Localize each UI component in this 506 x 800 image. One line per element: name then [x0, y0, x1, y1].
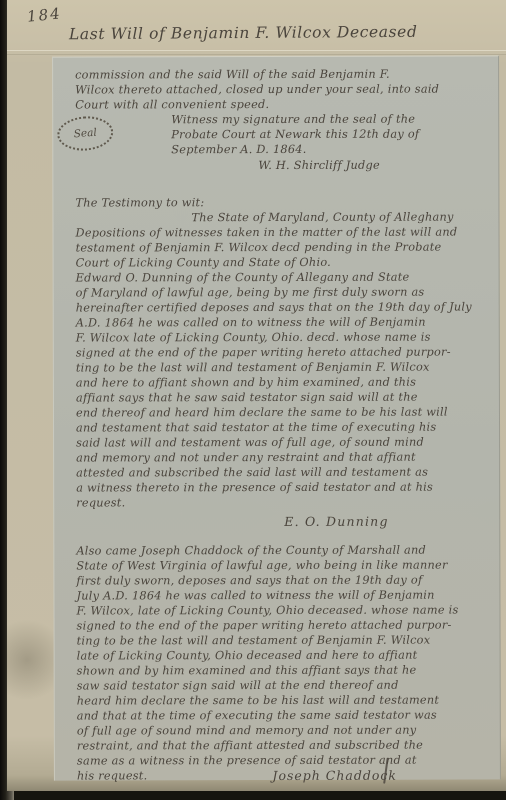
- text-line: F. Wilcox late of Licking County, Ohio. …: [76, 329, 493, 345]
- chaddock-signature: Joseph Chaddock: [272, 768, 397, 783]
- text-line: Court of Licking County and State of Ohi…: [76, 254, 493, 270]
- text-line: shown and by him examined and this affia…: [77, 662, 494, 678]
- text-line: and memory and not under any restraint a…: [76, 449, 493, 465]
- text-line: Also came Joseph Chaddock of the County …: [76, 542, 493, 558]
- chaddock-final-row: his request. Joseph Chaddock: [55, 767, 500, 783]
- text-line: end thereof and heard him declare the sa…: [76, 404, 493, 420]
- text-line: late of Licking County, Ohio deceased an…: [77, 647, 494, 663]
- text-line: Witness my signature and the seal of the: [171, 111, 498, 127]
- text-line: of Maryland of lawful age, being by me f…: [76, 284, 493, 300]
- witness-attestation: Seal Witness my signature and the seal o…: [53, 111, 498, 173]
- jurisdiction-line: The State of Maryland, County of Allegha…: [191, 209, 498, 225]
- text-line: testament of Benjamin F. Wilcox decd pen…: [76, 239, 493, 255]
- text-line: a witness thereto in the presence of sai…: [76, 479, 493, 495]
- judge-signature: W. H. Shircliff Judge: [258, 157, 498, 173]
- text-line: Court with all convenient speed.: [75, 96, 492, 112]
- text-line: saw said testator sign said will at the …: [77, 677, 494, 693]
- text-line: said last will and testament was of full…: [76, 434, 493, 450]
- chaddock-closing: his request.: [77, 768, 148, 783]
- text-line: request.: [76, 494, 493, 510]
- witness-lines: Witness my signature and the seal of the…: [171, 111, 498, 157]
- dunning-deposition: Edward O. Dunning of the County of Alleg…: [76, 269, 494, 510]
- text-line: ting to be the last will and testament o…: [77, 632, 494, 648]
- text-line: heard him declare the same to be his las…: [77, 692, 494, 708]
- dunning-signature: E. O. Dunning: [284, 513, 499, 529]
- text-line: Probate Court at Newark this 12th day of: [171, 126, 498, 142]
- record-text: commission and the said Will of the said…: [53, 56, 500, 780]
- text-line: State of West Virginia of lawful age, wh…: [76, 557, 493, 573]
- text-line: hereinafter certified deposes and says t…: [76, 299, 493, 315]
- text-line: of full age of sound mind and memory and…: [77, 722, 494, 738]
- text-line: and that at the time of executing the sa…: [77, 707, 494, 723]
- text-line: Edward O. Dunning of the County of Alleg…: [76, 269, 493, 285]
- commission-paragraph: commission and the said Will of the said…: [75, 66, 492, 112]
- text-line: Wilcox thereto attached, closed up under…: [75, 81, 492, 97]
- text-line: September A. D. 1864.: [171, 141, 498, 157]
- text-line: restraint, and that the affiant attested…: [77, 737, 494, 753]
- text-line: July A.D. 1864 he was called to witness …: [76, 587, 493, 603]
- deposition-intro: Depositions of witnesses taken in the ma…: [75, 224, 492, 270]
- text-line: and here to affiant shown and by him exa…: [76, 374, 493, 390]
- page-number: 184: [26, 4, 62, 26]
- scanned-record-photo: 184 Last Will of Benjamin F. Wilcox Dece…: [0, 0, 506, 800]
- text-line: first duly sworn, deposes and says that …: [76, 572, 493, 588]
- text-line: same as a witness in the presence of sai…: [77, 752, 494, 768]
- seal-stamp: Seal: [56, 115, 114, 153]
- seal-label: Seal: [73, 125, 97, 142]
- document-title: Last Will of Benjamin F. Wilcox Deceased: [69, 23, 418, 43]
- text-line: Depositions of witnesses taken in the ma…: [75, 224, 492, 240]
- ledger-page: 184 Last Will of Benjamin F. Wilcox Dece…: [7, 0, 506, 791]
- record-sheet: commission and the said Will of the said…: [52, 55, 501, 780]
- text-line: attested and subscribed the said last wi…: [76, 464, 493, 480]
- text-line: ting to be the last will and testament o…: [76, 359, 493, 375]
- text-line: signed at the end of the paper writing h…: [76, 344, 493, 360]
- text-line: commission and the said Will of the said…: [75, 66, 492, 82]
- text-line: A.D. 1864 he was called on to witness th…: [76, 314, 493, 330]
- text-line: signed to the end of the paper writing h…: [77, 617, 494, 633]
- chaddock-deposition: Also came Joseph Chaddock of the County …: [76, 542, 494, 768]
- text-line: F. Wilcox, late of Licking County, Ohio …: [76, 602, 493, 618]
- text-line: and testament that said testator at the …: [76, 419, 493, 435]
- text-line: affiant says that he saw said testator s…: [76, 389, 493, 405]
- testimony-heading: The Testimony to wit:: [75, 194, 498, 210]
